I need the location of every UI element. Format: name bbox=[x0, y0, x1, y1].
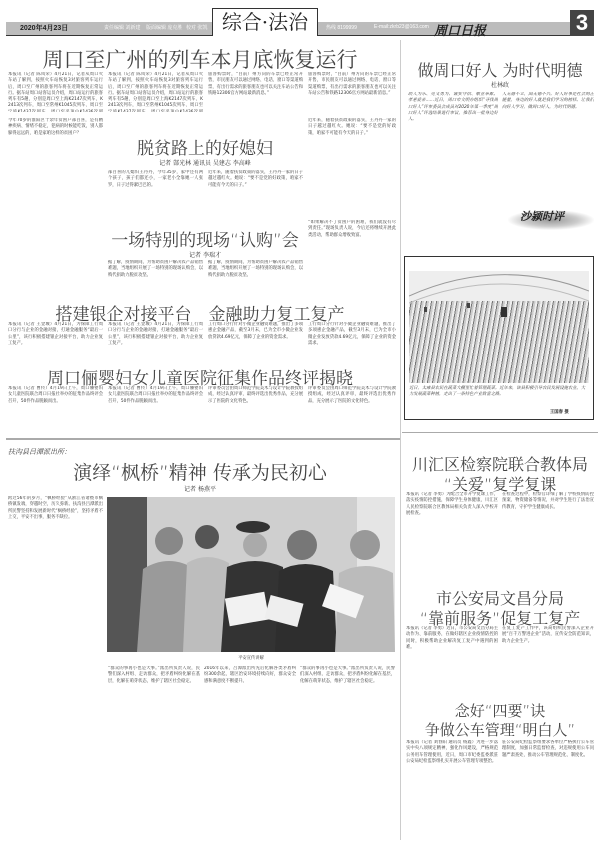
train-body-col2: 本报讯（记者 陈凤荣）4月21日，记者从周口火车站了解到，按照火车站恢复3对旅客… bbox=[108, 72, 203, 112]
headline-official-cars-line2: 争做公车管理“明白人” bbox=[402, 719, 598, 740]
greenhouse-illustration bbox=[409, 271, 589, 383]
purchase-body-col3: 据了解，疫情期间，为帮助贫困户解决农产品销售难题，当地组织开展了一场特别的现场认… bbox=[208, 260, 303, 296]
hospital-body-col2: 本报讯（记者 曹传）4月19日上午，周口俪婴妇女儿童医院联合周口日报社举办的征集… bbox=[108, 386, 203, 428]
proofreader-label: 校对 张凯 bbox=[186, 24, 207, 31]
daughter-body-left: 今年70岁的淮阳区十余年贫困户郜百喜，是有精神疾病、情绪不稳定，犯病的时候能吃饭… bbox=[8, 118, 103, 296]
daughter-body-col4: 近年来，随着扶贫政策的落实，王丹丹一家的日子越过越红火。她说：“要不是党的好政策… bbox=[308, 118, 396, 218]
purchase-body-col2: 据了解，疫情期间，为帮助贫困户解决农产品销售难题，当地组织开展了一场特别的现场认… bbox=[108, 260, 203, 296]
section-divider bbox=[6, 438, 400, 440]
headline-fengqiao: 演绎“枫桥”精神 传承为民初心 bbox=[0, 458, 400, 485]
train-body-col3: 旅客购票时，“目前广州方向的车票已经正常开售，市民朋友可以通过网络、电话、窗口等… bbox=[208, 72, 303, 112]
police-visit-photo bbox=[107, 497, 395, 652]
section-title: 综合·法治 bbox=[212, 8, 318, 36]
daughter-body-col3: 近年来，随着扶贫政策的落实，王丹丹一家的日子越过越红火。她说：“要不是党的好政策… bbox=[208, 170, 303, 218]
right-divider-1 bbox=[402, 432, 598, 433]
hospital-body-col1: 本报讯（记者 曹传）4月19日上午，周口俪婴妇女儿童医院联合周口日报社举办的征集… bbox=[8, 386, 103, 428]
newspaper-logo: 周口日报 bbox=[434, 20, 486, 39]
bank-body-col3: 工行周口分行针对小微企业融资难题，推出了多项惠企金融产品，截至3月末，已为全市小… bbox=[208, 322, 303, 350]
hospital-body-col3: 评审委员会由周口师范学院美术与设计学院教授组成，经过认真评审，最终评选出优秀作品… bbox=[208, 386, 303, 428]
column-logo-shaying-commentary: 沙颍时评 bbox=[520, 208, 564, 224]
page-number: 3 bbox=[570, 10, 594, 36]
train-body-col1: 本报讯（记者 陈凤荣）4月21日，记者从周口火车站了解到，按照火车站恢复3对旅客… bbox=[8, 72, 103, 112]
purchase-body-col4: “如果解决不了贫困户的困难，我们就没有尽到责任。”现场负责人说，今后还将继续开展… bbox=[308, 220, 396, 296]
email-label: E-mail:zkrb23@163.com bbox=[374, 24, 429, 30]
fengqiao-body-col3: 2016年以来，吕潭派出所先后化解各类矛盾纠纷300余起，辖区治安环境持续向好，… bbox=[204, 666, 296, 844]
headline-purchase: 一场特别的现场“认购”会 bbox=[110, 226, 300, 251]
good-people-body-col2: 人无德不立，国无德不兴。好人好事是社会的正能量，身边的好人就是我们学习的榜样。让… bbox=[502, 92, 594, 190]
masthead: 2020年4月23日 责任编辑 刘新建 版面编辑 庞克胜 校对 张凯 综合·法治… bbox=[6, 8, 594, 36]
layout-editor-label: 版面编辑 庞克胜 bbox=[146, 24, 182, 31]
greenhouse-photo bbox=[409, 271, 589, 383]
fengqiao-body-col1: 跨过56年的岁月，“枫桥经验”从浙江省诸暨市枫桥镇发端，穿越时空，历久弥新。扶沟… bbox=[8, 496, 103, 844]
hotline-label: 热线 8199999 bbox=[326, 24, 357, 31]
column-divider bbox=[400, 40, 401, 840]
good-people-body-col1: 助人为乐、见义勇为、诚实守信、敬业奉献、孝老爱亲……近日，周口市文明办组织“寻找… bbox=[408, 92, 498, 230]
issue-date: 2020年4月23日 bbox=[20, 23, 68, 33]
byline-purchase: 记者 李瑞才 bbox=[110, 250, 300, 259]
police-photo-caption: 平安宣传讲解 bbox=[107, 656, 395, 662]
bank-body-col4: 工行周口分行针对小微企业融资难题，推出了多项惠企金融产品，截至3月末，已为全市小… bbox=[308, 322, 396, 350]
procuratorate-body-col2: 在检查过程中，检察官详细了解了学校疫情防控预案、物资储备等情况，并对学生进行了法… bbox=[502, 492, 594, 562]
bank-body-col1: 本报讯（记者 王金城）4月21日，为保障工行周口分行与企业的金融对接，打通金融服… bbox=[8, 322, 103, 350]
police-body-col2: 在复工复产工作中，该局组织民警深入企业开展“百千万警进企业”活动，宣传安全防范知… bbox=[502, 626, 594, 680]
police-visit-illustration bbox=[107, 497, 395, 652]
police-body-col1: 本报讯（记者 李勇）近日，市公安局文昌分局主动作为、靠前服务，在做好辖区企业疫情… bbox=[406, 626, 498, 680]
train-body-col4: 旅客购票时，“目前广州方向的车票已经正常开售，市民朋友可以通过网络、电话、窗口等… bbox=[308, 72, 396, 112]
bank-body-col2: 本报讯（记者 王金城）4月21日，为保障工行周口分行与企业的金融对接，打通金融服… bbox=[108, 322, 203, 350]
procuratorate-body-col1: 本报讯（记者 李勇）为配合全市开学复课工作，落实疫情防控措施，保障学生身体健康，… bbox=[406, 492, 498, 562]
headline-good-people: 做周口好人 为时代明德 bbox=[402, 58, 598, 81]
greenhouse-photo-credit: 王国春 摄 bbox=[550, 410, 569, 416]
byline-good-people: 杜林政 bbox=[402, 80, 598, 89]
editor-label: 责任编辑 刘新建 bbox=[104, 24, 140, 31]
fengqiao-kicker: 扶沟县吕潭派出所： bbox=[8, 447, 71, 457]
fengqiao-body-col4: “群众的事再小也是大事。”派出所负责人说，民警们深入村组、走访群众，把矛盾纠纷化… bbox=[300, 666, 395, 844]
greenhouse-caption: 近日，太康县农民在蔬菜大棚里忙着管理蔬菜。近年来，该县积极引导农民发展设施农业，… bbox=[409, 386, 589, 398]
headline-official-cars-line1: 念好“四要”诀 bbox=[402, 700, 598, 721]
byline-daughter: 记者 郜光林 通讯员 吴建志 李高峰 bbox=[110, 158, 300, 167]
hospital-body-col4: 评审委员会由周口师范学院美术与设计学院教授组成，经过认真评审，最终评选出优秀作品… bbox=[308, 386, 396, 428]
fengqiao-body-col2: “群众的事再小也是大事。”派出所负责人说，民警们深入村组、走访群众，把矛盾纠纷化… bbox=[108, 666, 200, 844]
byline-fengqiao: 记者 杨燕平 bbox=[0, 484, 400, 493]
daughter-body-col2: 郜百喜的儿媳妇王丹丹，今年35岁，家中还有两个孩子，孩子们都还小，一家老小全靠她… bbox=[108, 170, 203, 218]
official-cars-body-col2: 驻公安局纪检监察组要求各单位严格执行公车管理制度，加强日常监督检查，对违规使用公… bbox=[502, 740, 594, 844]
headline-daughter: 脱贫路上的好媳妇 bbox=[110, 134, 300, 159]
official-cars-body-col1: 本报讯（记者 刘春阳 通讯员 杨鑫）为进一步落实中央八项规定精神，强化作风建设，… bbox=[406, 740, 498, 844]
headline-train: 周口至广州的列车本月底恢复运行 bbox=[0, 44, 400, 74]
